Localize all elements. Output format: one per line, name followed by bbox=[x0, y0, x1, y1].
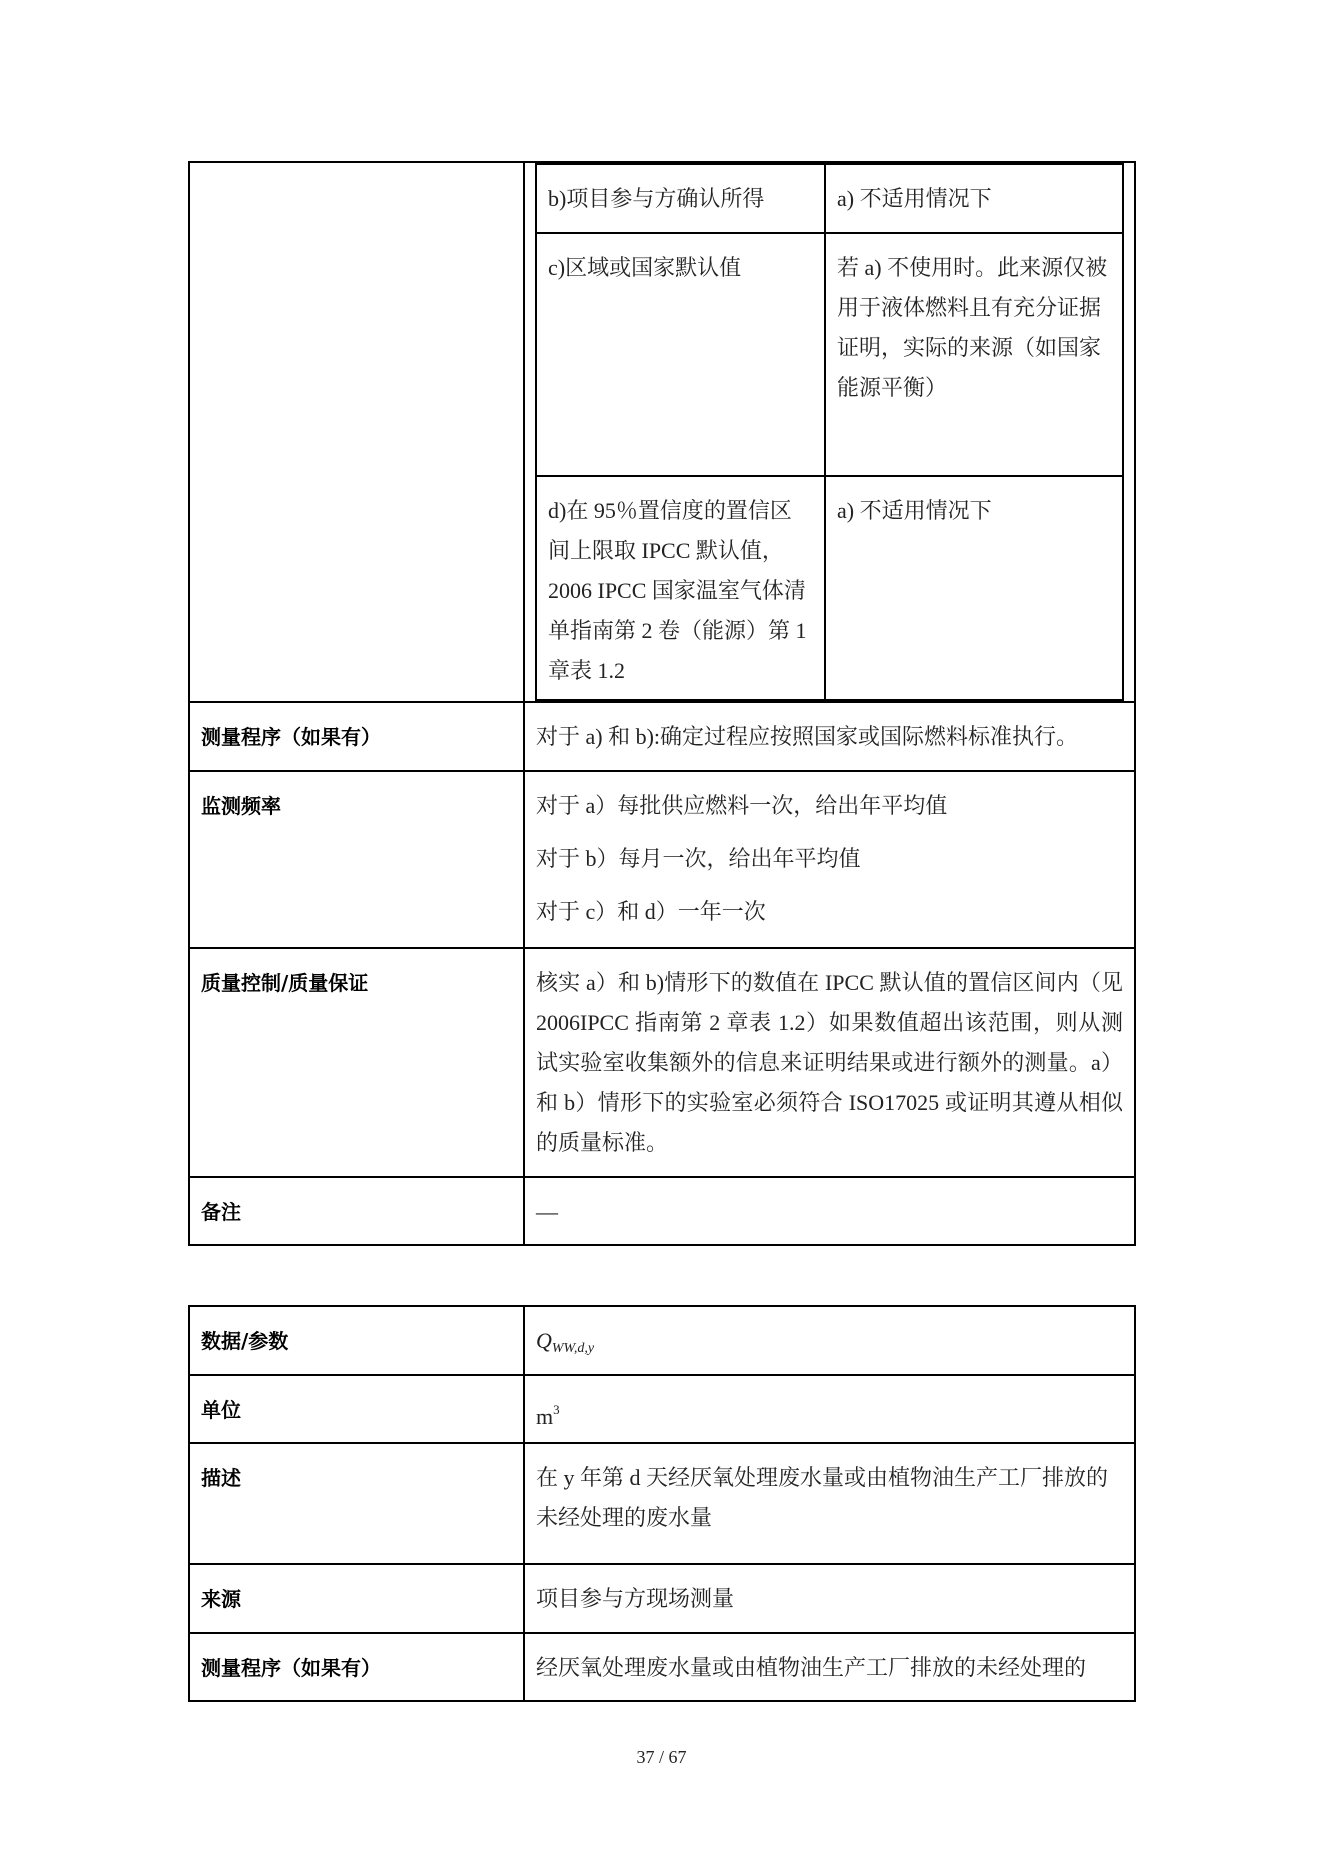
row-label: 单位 bbox=[189, 1375, 524, 1443]
source-option-row: b)项目参与方确认所得 a) 不适用情况下 bbox=[536, 164, 1123, 233]
row-value: 经厌氧处理废水量或由植物油生产工厂排放的未经处理的 bbox=[524, 1633, 1135, 1701]
source-condition: 若 a) 不使用时。此来源仅被用于液体燃料且有充分证据证明，实际的来源（如国家能… bbox=[825, 233, 1123, 476]
unit-value: m3 bbox=[536, 1404, 560, 1429]
table-row-qa-qc: 质量控制/质量保证 核实 a）和 b)情形下的数值在 IPCC 默认值的置信区间… bbox=[189, 948, 1135, 1177]
table-row-source: 来源 项目参与方现场测量 bbox=[189, 1564, 1135, 1633]
row-value: 核实 a）和 b)情形下的数值在 IPCC 默认值的置信区间内（见 2006IP… bbox=[524, 948, 1135, 1177]
source-option: d)在 95％置信度的置信区间上限取 IPCC 默认值，2006 IPCC 国家… bbox=[536, 476, 825, 700]
qa-qc-text: 核实 a）和 b)情形下的数值在 IPCC 默认值的置信区间内（见 2006IP… bbox=[536, 963, 1123, 1163]
row-label: 备注 bbox=[189, 1177, 524, 1245]
source-option-row: c)区域或国家默认值 若 a) 不使用时。此来源仅被用于液体燃料且有充分证据证明… bbox=[536, 233, 1123, 476]
source-option-row: d)在 95％置信度的置信区间上限取 IPCC 默认值，2006 IPCC 国家… bbox=[536, 476, 1123, 700]
row-value: m3 bbox=[524, 1375, 1135, 1443]
row-label: 质量控制/质量保证 bbox=[189, 948, 524, 1177]
row-value: 项目参与方现场测量 bbox=[524, 1564, 1135, 1633]
source-options-cell: b)项目参与方确认所得 a) 不适用情况下 c)区域或国家默认值 若 a) 不使… bbox=[524, 162, 1135, 702]
row-label: 描述 bbox=[189, 1443, 524, 1564]
monitoring-parameter-table-continued: b)项目参与方确认所得 a) 不适用情况下 c)区域或国家默认值 若 a) 不使… bbox=[188, 161, 1136, 1246]
source-option: c)区域或国家默认值 bbox=[536, 233, 825, 476]
table-row-monitoring-frequency: 监测频率 对于 a）每批供应燃料一次，给出年平均值 对于 b）每月一次，给出年平… bbox=[189, 771, 1135, 948]
row-value: — bbox=[524, 1177, 1135, 1245]
remarks-value: — bbox=[536, 1199, 558, 1224]
row-label: 测量程序（如果有） bbox=[189, 702, 524, 771]
row-label: 监测频率 bbox=[189, 771, 524, 948]
table-row-description: 描述 在 y 年第 d 天经厌氧处理废水量或由植物油生产工厂排放的未经处理的废水… bbox=[189, 1443, 1135, 1564]
monitoring-parameter-table-qww: 数据/参数 QWW,d,y 单位 m3 描述 在 y 年第 d 天经厌氧处理废水… bbox=[188, 1305, 1136, 1702]
frequency-line: 对于 c）和 d）一年一次 bbox=[536, 892, 1123, 932]
row-label: 数据/参数 bbox=[189, 1306, 524, 1375]
source-option: b)项目参与方确认所得 bbox=[536, 164, 825, 233]
empty-label-cell bbox=[189, 162, 524, 702]
row-value: 在 y 年第 d 天经厌氧处理废水量或由植物油生产工厂排放的未经处理的废水量 bbox=[524, 1443, 1135, 1564]
row-label: 来源 bbox=[189, 1564, 524, 1633]
parameter-symbol: QWW,d,y bbox=[536, 1328, 594, 1353]
table-row-measurement-procedure: 测量程序（如果有） 经厌氧处理废水量或由植物油生产工厂排放的未经处理的 bbox=[189, 1633, 1135, 1701]
source-options-table: b)项目参与方确认所得 a) 不适用情况下 c)区域或国家默认值 若 a) 不使… bbox=[535, 163, 1124, 701]
table-row-parameter: 数据/参数 QWW,d,y bbox=[189, 1306, 1135, 1375]
row-value: 对于 a）每批供应燃料一次，给出年平均值 对于 b）每月一次，给出年平均值 对于… bbox=[524, 771, 1135, 948]
frequency-line: 对于 b）每月一次，给出年平均值 bbox=[536, 839, 1123, 879]
table-row-unit: 单位 m3 bbox=[189, 1375, 1135, 1443]
row-label: 测量程序（如果有） bbox=[189, 1633, 524, 1701]
table-row-measurement-procedure: 测量程序（如果有） 对于 a) 和 b):确定过程应按照国家或国际燃料标准执行。 bbox=[189, 702, 1135, 771]
procedure-text: 对于 a) 和 b):确定过程应按照国家或国际燃料标准执行。 bbox=[536, 717, 1123, 757]
table-row-remarks: 备注 — bbox=[189, 1177, 1135, 1245]
page-number: 37 / 67 bbox=[0, 1747, 1323, 1768]
source-condition: a) 不适用情况下 bbox=[825, 164, 1123, 233]
frequency-line: 对于 a）每批供应燃料一次，给出年平均值 bbox=[536, 786, 1123, 826]
row-value: QWW,d,y bbox=[524, 1306, 1135, 1375]
row-value: 对于 a) 和 b):确定过程应按照国家或国际燃料标准执行。 bbox=[524, 702, 1135, 771]
source-condition: a) 不适用情况下 bbox=[825, 476, 1123, 700]
